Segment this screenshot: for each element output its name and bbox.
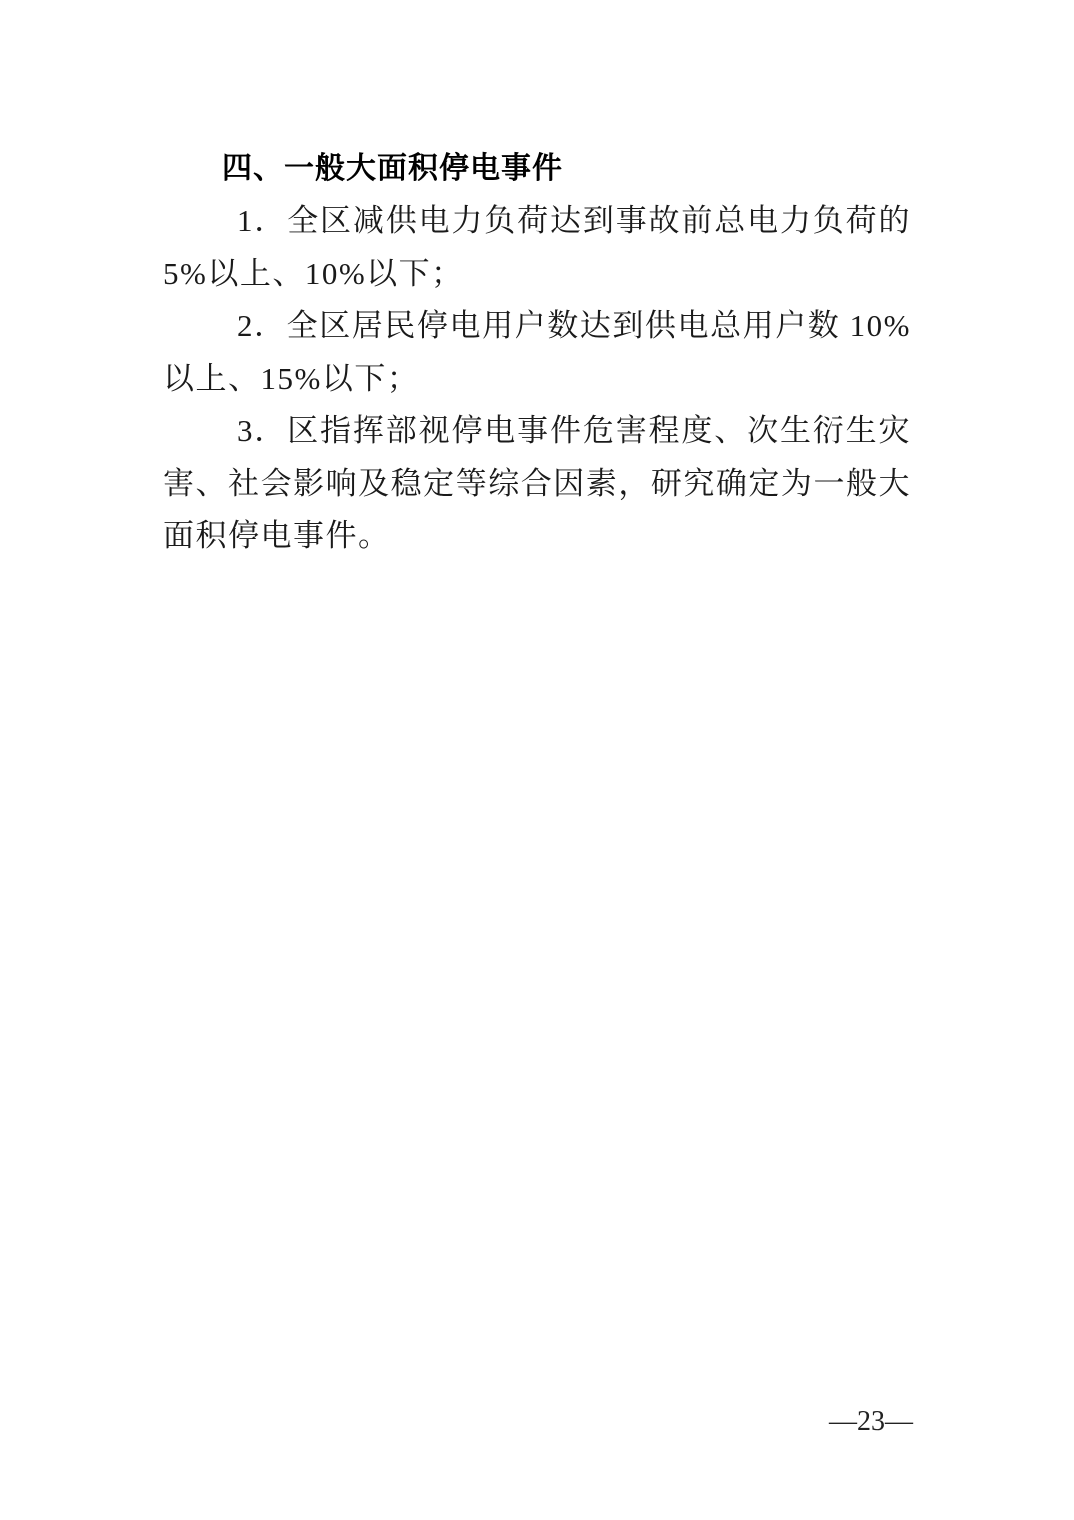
section-heading: 四、一般大面积停电事件 (163, 143, 911, 195)
body-paragraph-2: 2．全区居民停电用户数达到供电总用户数 10%以上、15%以下； (163, 300, 911, 405)
body-paragraph-1: 1．全区减供电力负荷达到事故前总电力负荷的 5%以上、10%以下； (163, 195, 911, 300)
page-number: —23— (829, 1408, 913, 1436)
document-page: 四、一般大面积停电事件 1．全区减供电力负荷达到事故前总电力负荷的 5%以上、1… (0, 0, 1074, 1520)
body-paragraph-3: 3．区指挥部视停电事件危害程度、次生衍生灾害、社会影响及稳定等综合因素，研究确定… (163, 405, 911, 563)
document-body: 四、一般大面积停电事件 1．全区减供电力负荷达到事故前总电力负荷的 5%以上、1… (163, 143, 911, 563)
